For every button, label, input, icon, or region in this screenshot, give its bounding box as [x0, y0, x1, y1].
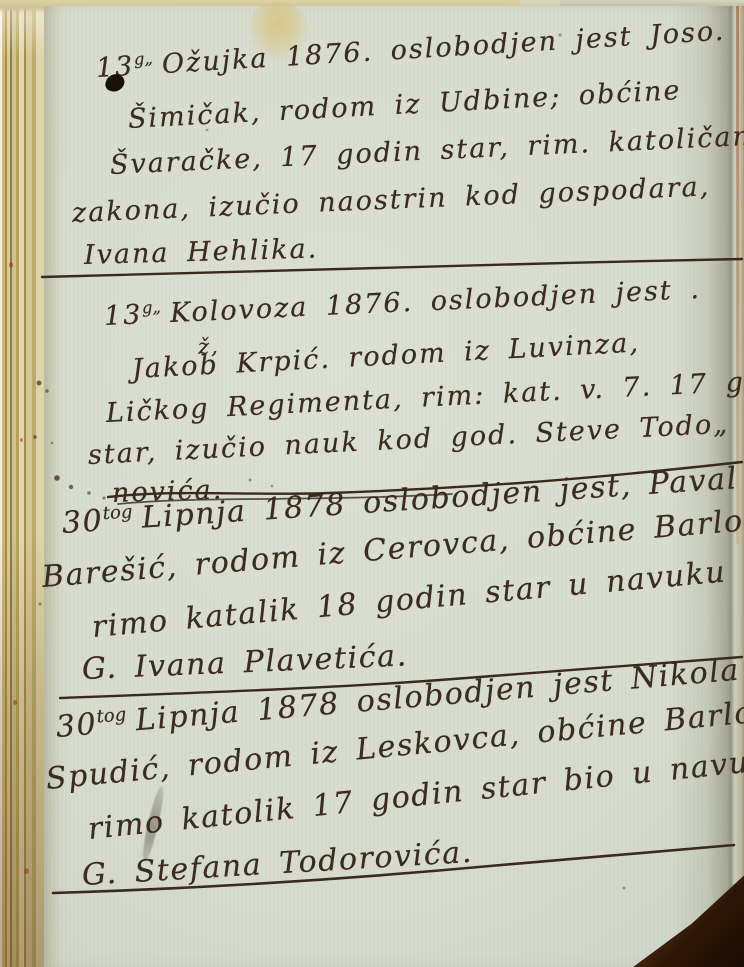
manuscript-photo: 13g„Ožujka 1876. oslobodjen jest Joso. Š…: [0, 0, 744, 967]
binding-speck: [9, 262, 13, 268]
entry-day-suffix: tog: [96, 704, 127, 727]
entry-day-suffix: g„: [133, 49, 153, 69]
binding-speck: [13, 700, 17, 705]
binding-edge: [0, 0, 44, 967]
binding-speck: [20, 438, 23, 442]
binding-speck: [24, 868, 29, 874]
entry-day: 30: [55, 707, 99, 745]
entry-day: 30: [61, 503, 105, 541]
entry-day-suffix: tog: [102, 501, 133, 524]
entry-day-suffix: g„: [142, 297, 162, 317]
entry-line: Ivana Hehlika.: [84, 233, 319, 271]
entry-day: 13: [103, 299, 143, 332]
